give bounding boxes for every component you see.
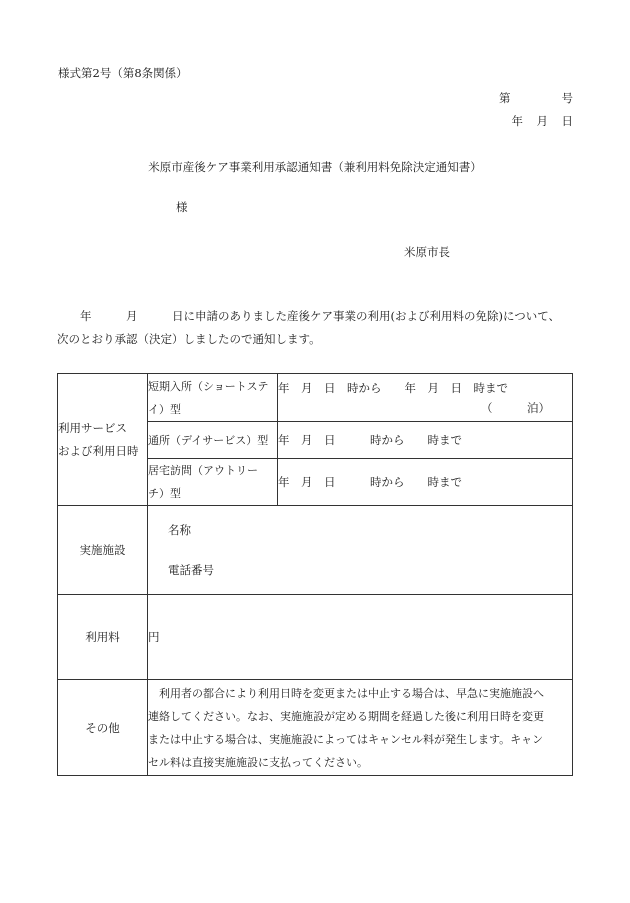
short-stay-nights: （ 泊） — [278, 398, 572, 418]
form-number-label: 様式第2号（第8条関係） — [58, 66, 188, 81]
table-row: 利用料 円 — [58, 595, 573, 680]
table-row: 実施施設 名称 電話番号 — [58, 506, 573, 595]
doc-date-line: 年 月 日 — [499, 110, 574, 133]
document-title: 米原市産後ケア事業利用承認通知書（兼利用料免除決定通知書） — [0, 159, 630, 175]
service-type-short-stay: 短期入所（ショートステ イ）型 — [148, 374, 278, 422]
facility-phone-label: 電話番号 — [148, 550, 572, 590]
other-note-text: 利用者の都合により利用日時を変更または中止する場合は、早急に実施施設へ 連絡して… — [148, 680, 573, 776]
service-section-label: 利用サービス および利用日時 — [58, 374, 148, 506]
outreach-schedule: 年 月 日 時から 時まで — [278, 459, 573, 506]
body-paragraph: 年 月 日に申請のありました産後ケア事業の利用(および利用料の免除)について、 … — [57, 305, 577, 351]
short-stay-schedule-cell: 年 月 日 時から 年 月 日 時まで （ 泊） — [278, 374, 573, 422]
facility-name-label: 名称 — [148, 510, 572, 550]
service-type-outreach: 居宅訪問（アウトリー チ）型 — [148, 459, 278, 506]
facility-section-label: 実施施設 — [58, 506, 148, 595]
fee-unit-label: 円 — [148, 595, 573, 680]
service-type-day-service: 通所（デイサービス）型 — [148, 422, 278, 459]
doc-number-date-block: 第 号 年 月 日 — [499, 87, 574, 133]
sender-name: 米原市長 — [404, 244, 450, 260]
facility-cell: 名称 電話番号 — [148, 506, 573, 595]
fee-section-label: 利用料 — [58, 595, 148, 680]
table-row: その他 利用者の都合により利用日時を変更または中止する場合は、早急に実施施設へ … — [58, 680, 573, 776]
addressee-honorific: 様 — [176, 199, 188, 215]
doc-number-line: 第 号 — [499, 87, 574, 110]
table-row: 利用サービス および利用日時 短期入所（ショートステ イ）型 年 月 日 時から… — [58, 374, 573, 422]
approval-details-table: 利用サービス および利用日時 短期入所（ショートステ イ）型 年 月 日 時から… — [57, 373, 573, 776]
other-section-label: その他 — [58, 680, 148, 776]
document-page: 様式第2号（第8条関係） 第 号 年 月 日 米原市産後ケア事業利用承認通知書（… — [0, 0, 630, 903]
day-service-schedule: 年 月 日 時から 時まで — [278, 422, 573, 459]
short-stay-schedule: 年 月 日 時から 年 月 日 時まで — [278, 378, 572, 398]
